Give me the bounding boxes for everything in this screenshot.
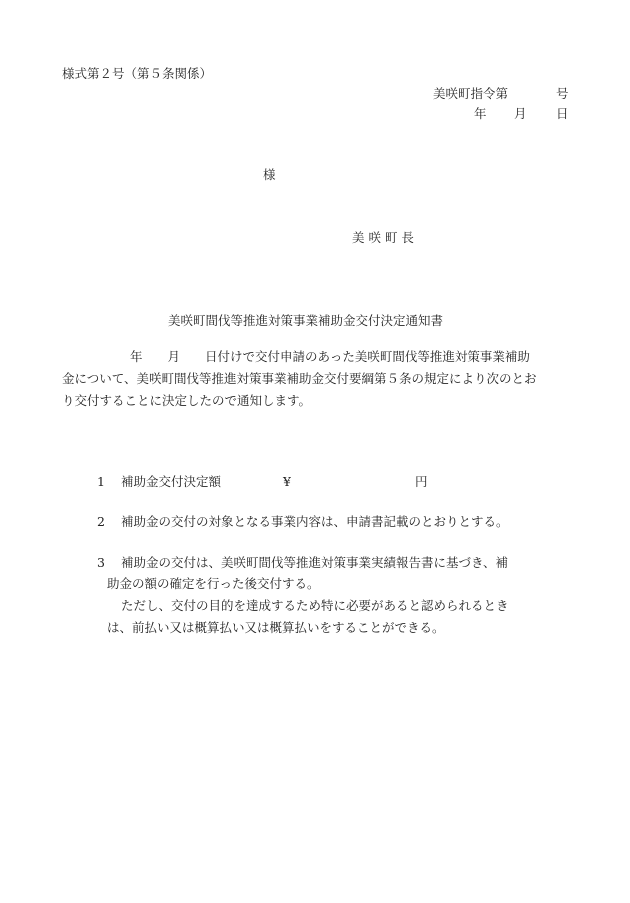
body-line: り交付することに決定したので通知します。 — [62, 390, 582, 412]
addressee-suffix: 様 — [263, 167, 276, 183]
item3-line4: は、前払い又は概算払い又は概算払いをすることができる。 — [107, 620, 445, 636]
item3-line2: 助金の額の確定を行った後交付する。 — [107, 576, 320, 592]
doc-number-suffix: 号 — [556, 86, 569, 102]
date-month: 月 — [514, 106, 527, 122]
body-paragraph: 年 月 日付けで交付申請のあった美咲町間伐等推進対策事業補助 金について、美咲町… — [62, 346, 582, 412]
item1-label: 補助金交付決定額 — [121, 474, 221, 490]
item3-line1: 補助金の交付は、美咲町間伐等推進対策事業実績報告書に基づき、補 — [121, 555, 508, 571]
doc-number-prefix: 美咲町指令第 — [433, 86, 508, 102]
issuer: 美 咲 町 長 — [352, 230, 414, 246]
date-year: 年 — [474, 106, 487, 122]
item2-text: 補助金の交付の対象となる事業内容は、申請書記載のとおりとする。 — [121, 514, 509, 530]
body-line: 金について、美咲町間伐等推進対策事業補助金交付要綱第５条の規定により次のとお — [62, 368, 582, 390]
date-day: 日 — [556, 106, 569, 122]
item1-yen: ¥ — [283, 474, 291, 490]
item3-line3: ただし、交付の目的を達成するため特に必要があると認められるとき — [121, 598, 509, 614]
document-title: 美咲町間伐等推進対策事業補助金交付決定通知書 — [168, 313, 443, 329]
body-line: 年 月 日付けで交付申請のあった美咲町間伐等推進対策事業補助 — [62, 346, 582, 368]
item1-number: 1 — [97, 474, 105, 490]
item3-number: 3 — [97, 555, 105, 571]
form-label: 様式第２号（第５条関係） — [62, 66, 212, 82]
item2-number: 2 — [97, 514, 105, 530]
item1-unit: 円 — [415, 474, 428, 490]
